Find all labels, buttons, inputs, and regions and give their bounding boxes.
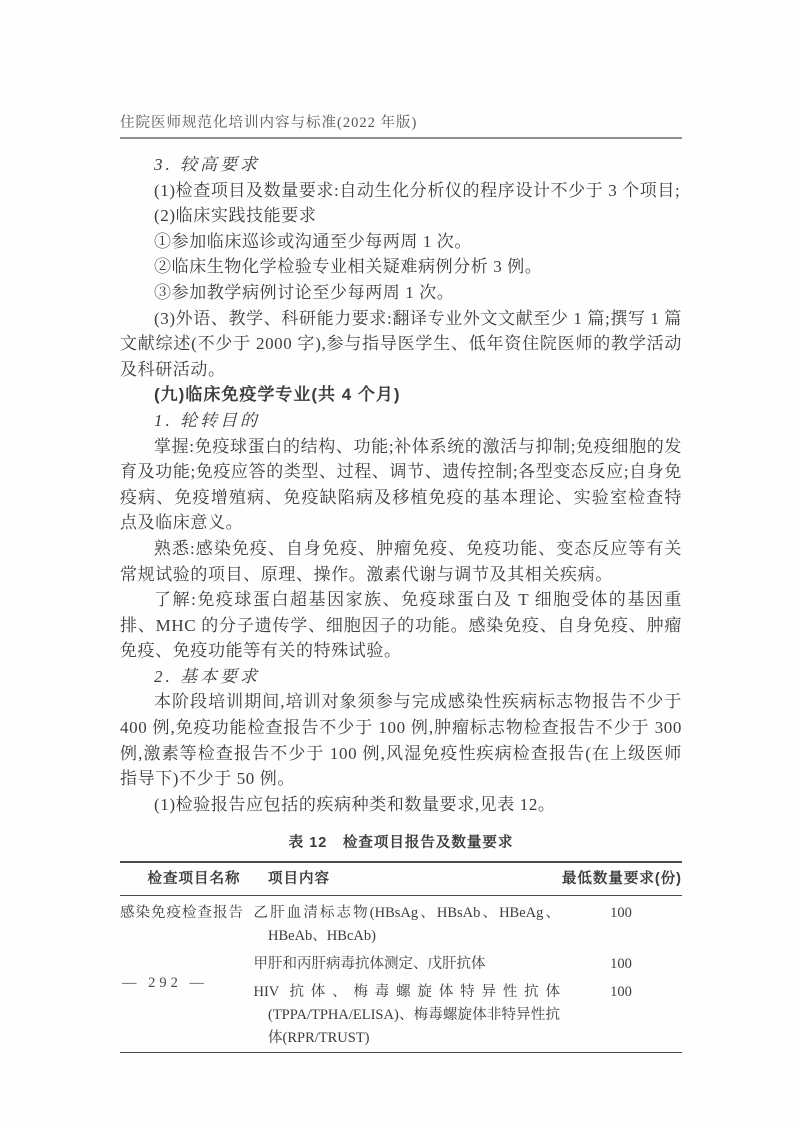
paragraph: 了解:免疫球蛋白超基因家族、免疫球蛋白及 T 细胞受体的基因重排、MHC 的分子… [120, 587, 682, 664]
paragraph: 掌握:免疫球蛋白的结构、功能;补体系统的激活与抑制;免疫细胞的发育及功能;免疫应… [120, 434, 682, 536]
paragraph: (1)检验报告应包括的疾病种类和数量要求,见表 12。 [120, 792, 682, 818]
running-head-title: 住院医师规范化培训内容与标准(2022 年版) [120, 114, 682, 132]
header-rule [120, 137, 682, 139]
cell-content: 甲肝和丙肝病毒抗体测定、戊肝抗体 [268, 950, 560, 978]
cell-min-count: 100 [560, 978, 682, 1053]
paragraph: (1)检查项目及数量要求:自动生化分析仪的程序设计不少于 3 个项目; [120, 178, 682, 204]
paragraph: (2)临床实践技能要求 [120, 203, 682, 229]
table-row: 感染免疫检查报告 乙肝血清标志物(HBsAg、HBsAb、HBeAg、HBeAb… [120, 896, 682, 951]
column-header-item-name: 检查项目名称 [120, 862, 268, 896]
table-caption: 表 12 检查项目报告及数量要求 [120, 831, 682, 852]
cell-min-count: 100 [560, 950, 682, 978]
heading-rotation-purpose: 1. 轮转目的 [120, 408, 682, 434]
paragraph: ①参加临床巡诊或沟通至少每两周 1 次。 [120, 229, 682, 255]
cell-content: 乙肝血清标志物(HBsAg、HBsAb、HBeAg、HBeAb、HBcAb) [268, 896, 560, 951]
cell-min-count: 100 [560, 896, 682, 951]
column-header-content: 项目内容 [268, 862, 560, 896]
report-requirements-table: 检查项目名称 项目内容 最低数量要求(份) 感染免疫检查报告 乙肝血清标志物(H… [120, 861, 682, 1053]
cell-item-name: 感染免疫检查报告 [120, 896, 268, 951]
paragraph: (3)外语、教学、科研能力要求:翻译专业外文文献至少 1 篇;撰写 1 篇文献综… [120, 306, 682, 383]
document-page: 住院医师规范化培训内容与标准(2022 年版) 3. 较高要求 (1)检查项目及… [0, 0, 800, 1131]
page-content-area: 住院医师规范化培训内容与标准(2022 年版) 3. 较高要求 (1)检查项目及… [120, 114, 682, 1053]
paragraph: 本阶段培训期间,培训对象须参与完成感染性疾病标志物报告不少于 400 例,免疫功… [120, 689, 682, 791]
page-number: — 292 — [122, 975, 208, 992]
cell-content: HIV 抗体、梅毒螺旋体特异性抗体(TPPA/TPHA/ELISA)、梅毒螺旋体… [268, 978, 560, 1053]
paragraph: ③参加教学病例讨论至少每两周 1 次。 [120, 280, 682, 306]
table-header-row: 检查项目名称 项目内容 最低数量要求(份) [120, 862, 682, 896]
heading-higher-requirements: 3. 较高要求 [120, 152, 682, 178]
body-text: 3. 较高要求 (1)检查项目及数量要求:自动生化分析仪的程序设计不少于 3 个… [120, 152, 682, 817]
heading-basic-requirements: 2. 基本要求 [120, 664, 682, 690]
heading-clinical-immunology: (九)临床免疫学专业(共 4 个月) [120, 382, 682, 408]
paragraph: 熟悉:感染免疫、自身免疫、肿瘤免疫、免疫功能、变态反应等有关常规试验的项目、原理… [120, 536, 682, 587]
paragraph: ②临床生物化学检验专业相关疑难病例分析 3 例。 [120, 254, 682, 280]
column-header-min-count: 最低数量要求(份) [560, 862, 682, 896]
